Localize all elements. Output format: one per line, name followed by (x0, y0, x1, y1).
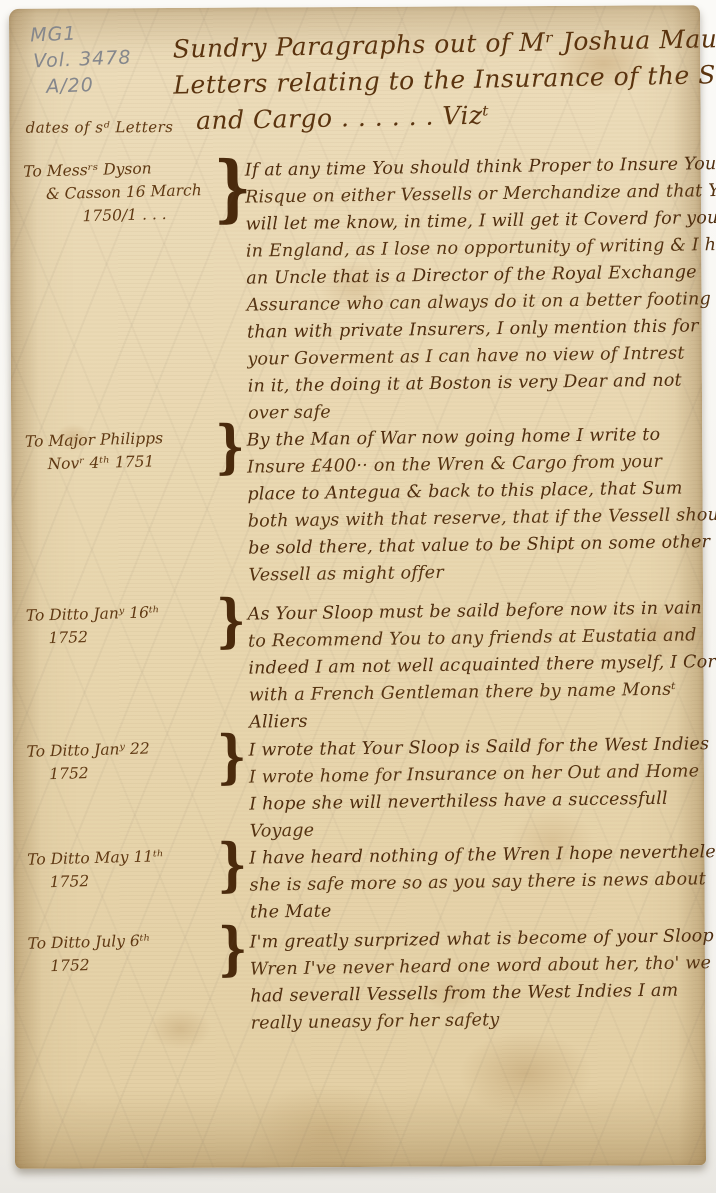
entry-body: I'm greatly surprized what is become of … (249, 923, 716, 1037)
entry-date: To Ditto Janʸ 16ᵗʰ1752 (26, 600, 219, 651)
entry-date: To Messʳˢ Dyson& Casson 16 March1750/1 .… (23, 156, 217, 230)
entry-date: To Ditto July 6ᵗʰ1752 (27, 928, 220, 979)
manuscript-page: MG1 Vol. 3478 A/20 Sundry Paragraphs out… (9, 5, 706, 1169)
entry-line: really uneasy for her safety (250, 1004, 716, 1038)
entry-date: To Major PhilippsNovʳ 4ᵗʰ 1751 (25, 426, 218, 477)
entry-body: By the Man of War now going home I write… (246, 421, 714, 589)
brace-glyph: } (217, 836, 247, 894)
entry-body: As Your Sloop must be saild before now i… (247, 595, 715, 736)
entry-date-line: Novʳ 4ᵗʰ 1751 (25, 449, 218, 477)
letter-entry: To Messʳˢ Dyson& Casson 16 March1750/1 .… (24, 153, 693, 157)
brace-glyph: } (217, 728, 247, 786)
brace-glyph: } (218, 920, 248, 978)
letter-entries: To Messʳˢ Dyson& Casson 16 March1750/1 .… (9, 5, 706, 1169)
entry-date-line: 1752 (28, 951, 221, 979)
letter-entry: To Ditto Janʸ 16ᵗʰ1752}As Your Sloop mus… (26, 597, 695, 601)
entry-body: I have heard nothing of the Wren I hope … (249, 839, 716, 926)
entry-date-line: 1752 (26, 623, 219, 651)
entry-date: To Ditto May 11ᵗʰ1752 (27, 844, 220, 895)
entry-line: the Mate (250, 893, 716, 927)
brace-glyph: } (215, 418, 245, 476)
entry-body: If at any time You should think Proper t… (245, 151, 715, 427)
entry-body: I wrote that Your Sloop is Saild for the… (248, 731, 715, 845)
entry-date-line: 1752 (27, 759, 220, 787)
letter-entry: To Ditto July 6ᵗʰ1752}I'm greatly surpri… (28, 925, 697, 929)
entry-line: Vessell as might offer (248, 556, 714, 590)
brace-glyph: } (216, 592, 246, 650)
entry-date: To Ditto Janʸ 221752 (26, 736, 219, 787)
entry-date-line: 1752 (28, 867, 221, 895)
